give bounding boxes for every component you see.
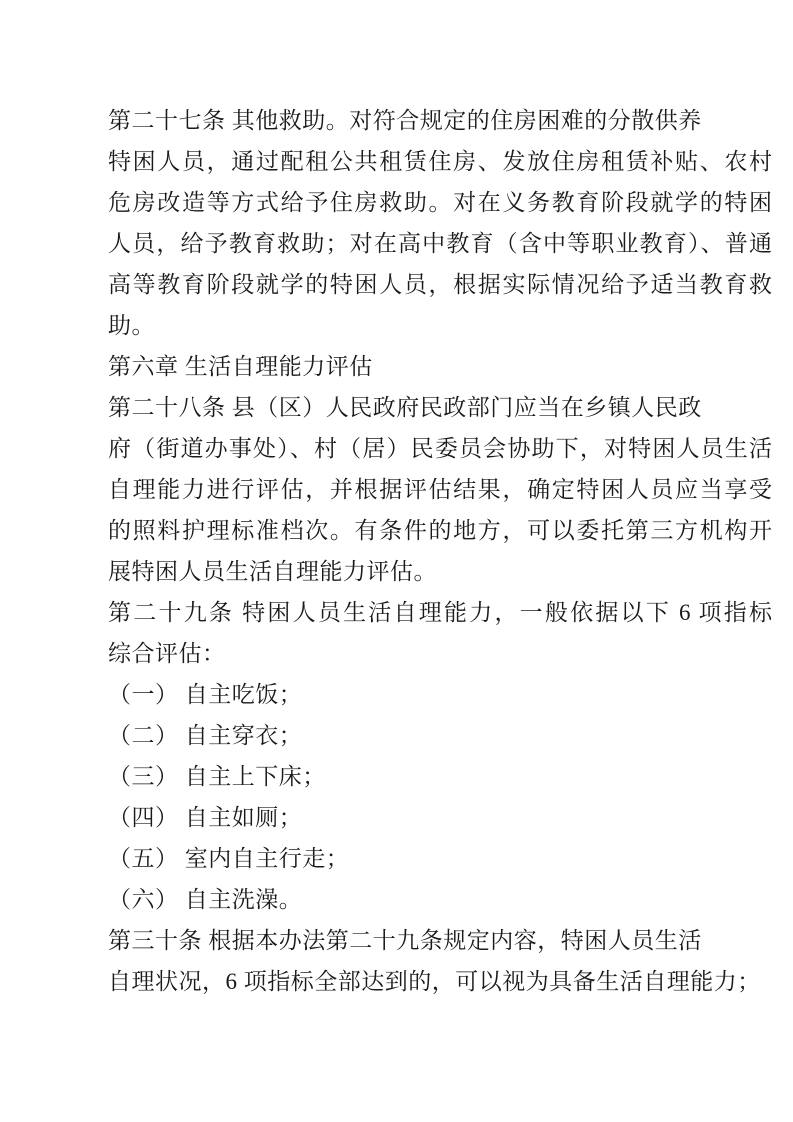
- text-line-4: 人员，给予教育救助；对在高中教育（含中等职业教育）、普通: [108, 223, 772, 264]
- document-page: 第二十七条 其他救助。对符合规定的住房困难的分散供养特困人员，通过配租公共租赁住…: [0, 0, 793, 1122]
- text-line-6: 助。: [108, 305, 772, 346]
- text-line-20: （六） 自主洗澡。: [108, 879, 772, 920]
- text-line-2: 特困人员，通过配租公共租赁住房、发放住房租赁补贴、农村: [108, 141, 772, 182]
- text-line-17: （三） 自主上下床；: [108, 756, 772, 797]
- text-line-13: 第二十九条 特困人员生活自理能力，一般依据以下 6 项指标: [108, 592, 772, 633]
- text-line-11: 的照料护理标准档次。有条件的地方，可以委托第三方机构开: [108, 510, 772, 551]
- text-line-9: 府（街道办事处）、村（居）民委员会协助下，对特困人员生活: [108, 428, 772, 469]
- text-line-15: （一） 自主吃饭；: [108, 674, 772, 715]
- text-line-14: 综合评估：: [108, 633, 772, 674]
- text-line-1: 第二十七条 其他救助。对符合规定的住房困难的分散供养: [108, 100, 772, 141]
- text-line-19: （五） 室内自主行走；: [108, 838, 772, 879]
- text-line-5: 高等教育阶段就学的特困人员，根据实际情况给予适当教育救: [108, 264, 772, 305]
- text-line-16: （二） 自主穿衣；: [108, 715, 772, 756]
- text-line-21: 第三十条 根据本办法第二十九条规定内容，特困人员生活: [108, 920, 772, 961]
- text-line-8: 第二十八条 县（区）人民政府民政部门应当在乡镇人民政: [108, 387, 772, 428]
- text-line-22: 自理状况，6 项指标全部达到的，可以视为具备生活自理能力；: [108, 961, 772, 1002]
- text-line-10: 自理能力进行评估，并根据评估结果，确定特困人员应当享受: [108, 469, 772, 510]
- text-line-18: （四） 自主如厕；: [108, 797, 772, 838]
- text-line-7: 第六章 生活自理能力评估: [108, 346, 772, 387]
- text-line-3: 危房改造等方式给予住房救助。对在义务教育阶段就学的特困: [108, 182, 772, 223]
- document-text-block: 第二十七条 其他救助。对符合规定的住房困难的分散供养特困人员，通过配租公共租赁住…: [108, 100, 772, 1002]
- text-line-12: 展特困人员生活自理能力评估。: [108, 551, 772, 592]
